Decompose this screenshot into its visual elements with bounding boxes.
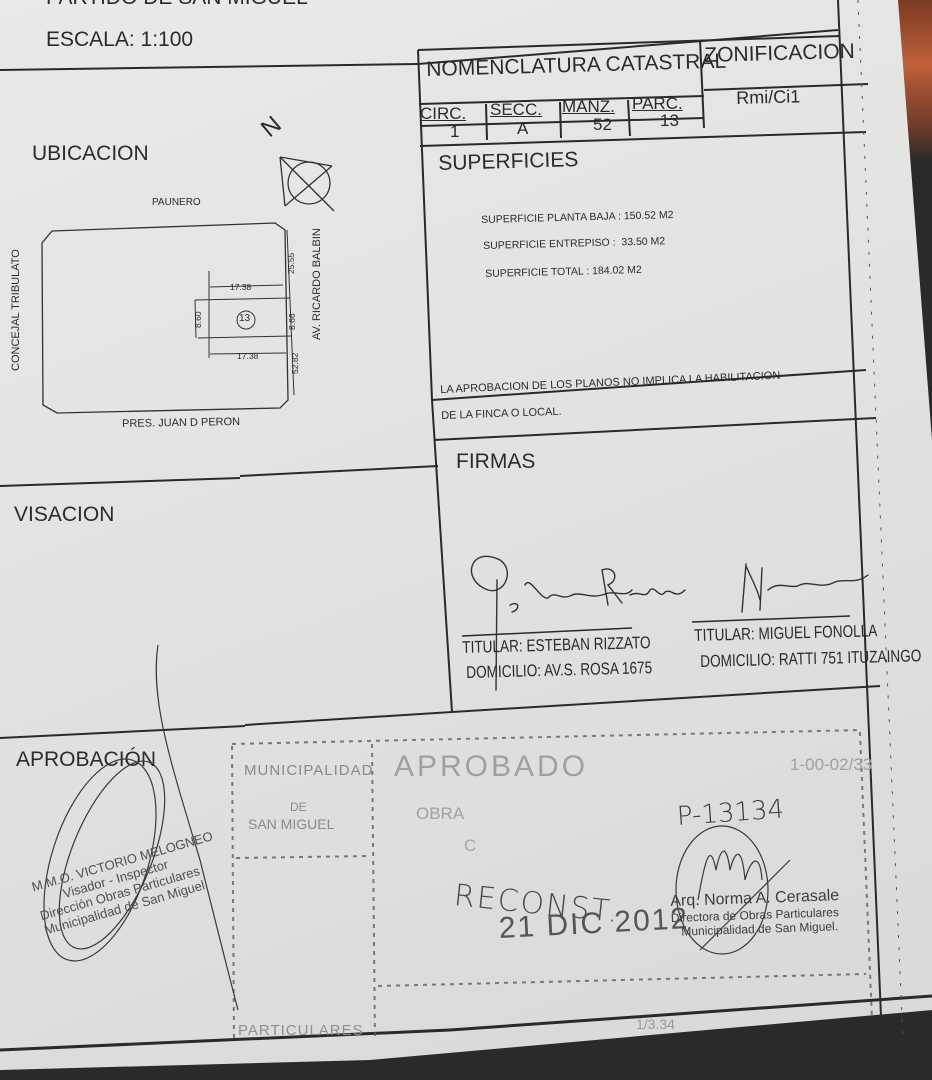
value-parc: 13 (660, 111, 679, 131)
stamp-expediente: 1-00-02/33 (790, 755, 872, 775)
superficies-title: SUPERFICIES (438, 148, 579, 176)
stamp-particulares: PARTICULARES (238, 1022, 364, 1039)
street-right: AV. RICARDO BALBIN (311, 228, 323, 340)
dim-dist-bottom: 52.82 (290, 353, 300, 374)
aprobacion-title: APROBACIÓN (16, 748, 156, 772)
escala-label: ESCALA: 1:100 (46, 28, 193, 52)
dim-dist-top: 25.55 (286, 253, 296, 274)
col-manz: MANZ. (562, 97, 615, 117)
value-manz: 52 (593, 115, 612, 135)
dim-front-top: 17.38 (230, 282, 251, 292)
director-stamp: Arq. Norma A. Cerasale Directora de Obra… (670, 887, 840, 939)
value-circ: 1 (450, 122, 459, 142)
dim-side-right: 8.66 (287, 313, 297, 330)
street-bottom: PRES. JUAN D PERON (122, 416, 240, 430)
stamp-municipalidad: MUNICIPALIDAD (244, 762, 373, 779)
stamp-c: C (464, 836, 476, 856)
stamp-san-miguel: SAN MIGUEL (248, 816, 334, 832)
firmas-title: FIRMAS (456, 450, 535, 474)
stamp-bottom-code: 1/3.34 (636, 1016, 675, 1032)
lot-number: 13 (239, 313, 250, 324)
dim-front-bottom: 17.38 (237, 351, 258, 361)
stamp-obra: OBRA (416, 804, 464, 824)
street-left: CONCEJAL TRIBULATO (10, 249, 22, 371)
dim-side-left: 8.60 (193, 311, 203, 328)
visacion-title: VISACION (14, 503, 114, 527)
street-top: PAUNERO (152, 197, 201, 208)
stamp-de: DE (290, 800, 307, 814)
col-circ: CIRC. (420, 104, 466, 124)
partido-label: PARTIDO DE SAN MIGUEL (46, 0, 308, 10)
value-secc: A (517, 119, 528, 139)
zonificacion-title: ZONIFICACION (704, 40, 855, 68)
zonificacion-value: Rmi/Ci1 (736, 86, 801, 109)
ubicacion-title: UBICACION (32, 142, 149, 166)
stamp-aprobado: APROBADO (394, 750, 588, 784)
col-secc: SECC. (490, 100, 542, 120)
